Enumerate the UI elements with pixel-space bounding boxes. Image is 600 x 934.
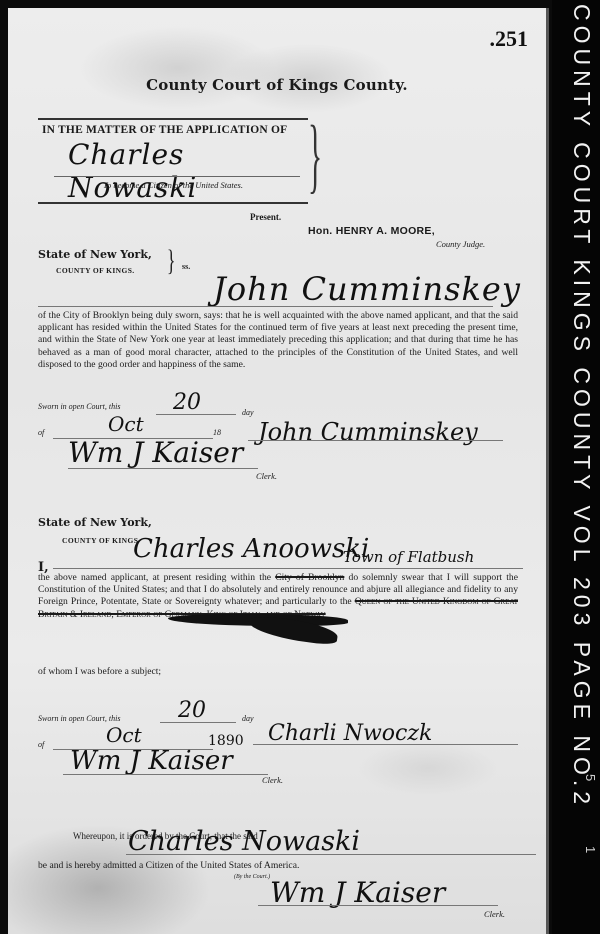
order-applicant-name: Charles Nowaski (128, 826, 360, 857)
spine-label: COUNTY COURT KINGS COUNTY VOL 203 PAGE N… (575, 4, 595, 809)
sworn-month: Oct (108, 412, 144, 436)
applicant-sign-line: Charli Nwoczk (268, 721, 432, 746)
matter-subheading: To become a Citizen of the United States… (38, 180, 308, 190)
oath-applicant-signature: Charles Anoowski (133, 534, 369, 564)
clerk-label: Clerk. (484, 909, 505, 919)
struck-city: City of Brooklyn (275, 572, 344, 583)
oath-text-1: the above named applicant, at present re… (38, 572, 271, 583)
clerk-signature: Wm J Kaiser (70, 746, 233, 776)
signature-line (126, 854, 536, 855)
sworn-month: Oct (106, 723, 142, 747)
clerk-signature: Wm J Kaiser (68, 436, 243, 469)
court-title: County Court of Kings County. (8, 76, 546, 94)
witness-county: COUNTY OF KINGS. (56, 266, 135, 275)
day-label: day (242, 714, 254, 723)
brace-icon: } (308, 116, 322, 196)
day-line (160, 722, 236, 723)
of-label: of (38, 428, 44, 437)
oath-state: State of New York, (38, 516, 152, 529)
applicant-signature: Charles Nowaski (68, 138, 308, 204)
day-label: day (242, 408, 254, 417)
witness-signature: John Cumminskey (213, 270, 521, 308)
witness-state: State of New York, (38, 248, 152, 261)
residence-handwritten: Town of Flatbush (343, 548, 474, 566)
sworn-label: Sworn in open Court, this (38, 714, 120, 723)
subject-line: of whom I was before a subject; (38, 666, 518, 678)
clerk-line (63, 774, 268, 775)
admission-text: be and is hereby admitted a Citizen of t… (38, 860, 299, 872)
spine-mark: 5 (583, 774, 598, 781)
clerk-label: Clerk. (262, 775, 283, 785)
signature-line (248, 440, 503, 441)
clerk-line (68, 468, 258, 469)
clerk-line (258, 905, 498, 906)
witness-sign-line: John Cumminskey (258, 418, 478, 446)
of-label: of (38, 740, 44, 749)
present-label: Present. (250, 212, 281, 222)
sworn-label: Sworn in open Court, this (38, 402, 120, 411)
brace-icon: } (167, 246, 176, 276)
by-court-label: (By the Court.) (234, 874, 270, 880)
spine-mark: 1 (583, 846, 598, 853)
signature-line (54, 176, 300, 177)
page-number: .251 (490, 26, 529, 52)
sworn-day: 20 (178, 698, 206, 723)
witness-affidavit: of the City of Brooklyn being duly sworn… (38, 310, 518, 371)
clerk-label: Clerk. (256, 471, 277, 481)
document-page: .251 County Court of Kings County. IN TH… (8, 8, 549, 934)
matter-heading: IN THE MATTER OF THE APPLICATION OF (42, 124, 287, 136)
matter-box: IN THE MATTER OF THE APPLICATION OF Char… (38, 118, 308, 204)
signature-line (253, 744, 518, 745)
judge-name: Hon. HENRY A. MOORE, (308, 225, 435, 237)
sworn-day: 20 (173, 390, 201, 415)
signature-line (53, 568, 523, 569)
signature-line (38, 306, 493, 307)
day-line (156, 414, 236, 415)
oath-county: COUNTY OF KINGS (62, 536, 138, 545)
ss-label: ss. (182, 262, 190, 271)
judge-title: County Judge. (436, 239, 485, 249)
